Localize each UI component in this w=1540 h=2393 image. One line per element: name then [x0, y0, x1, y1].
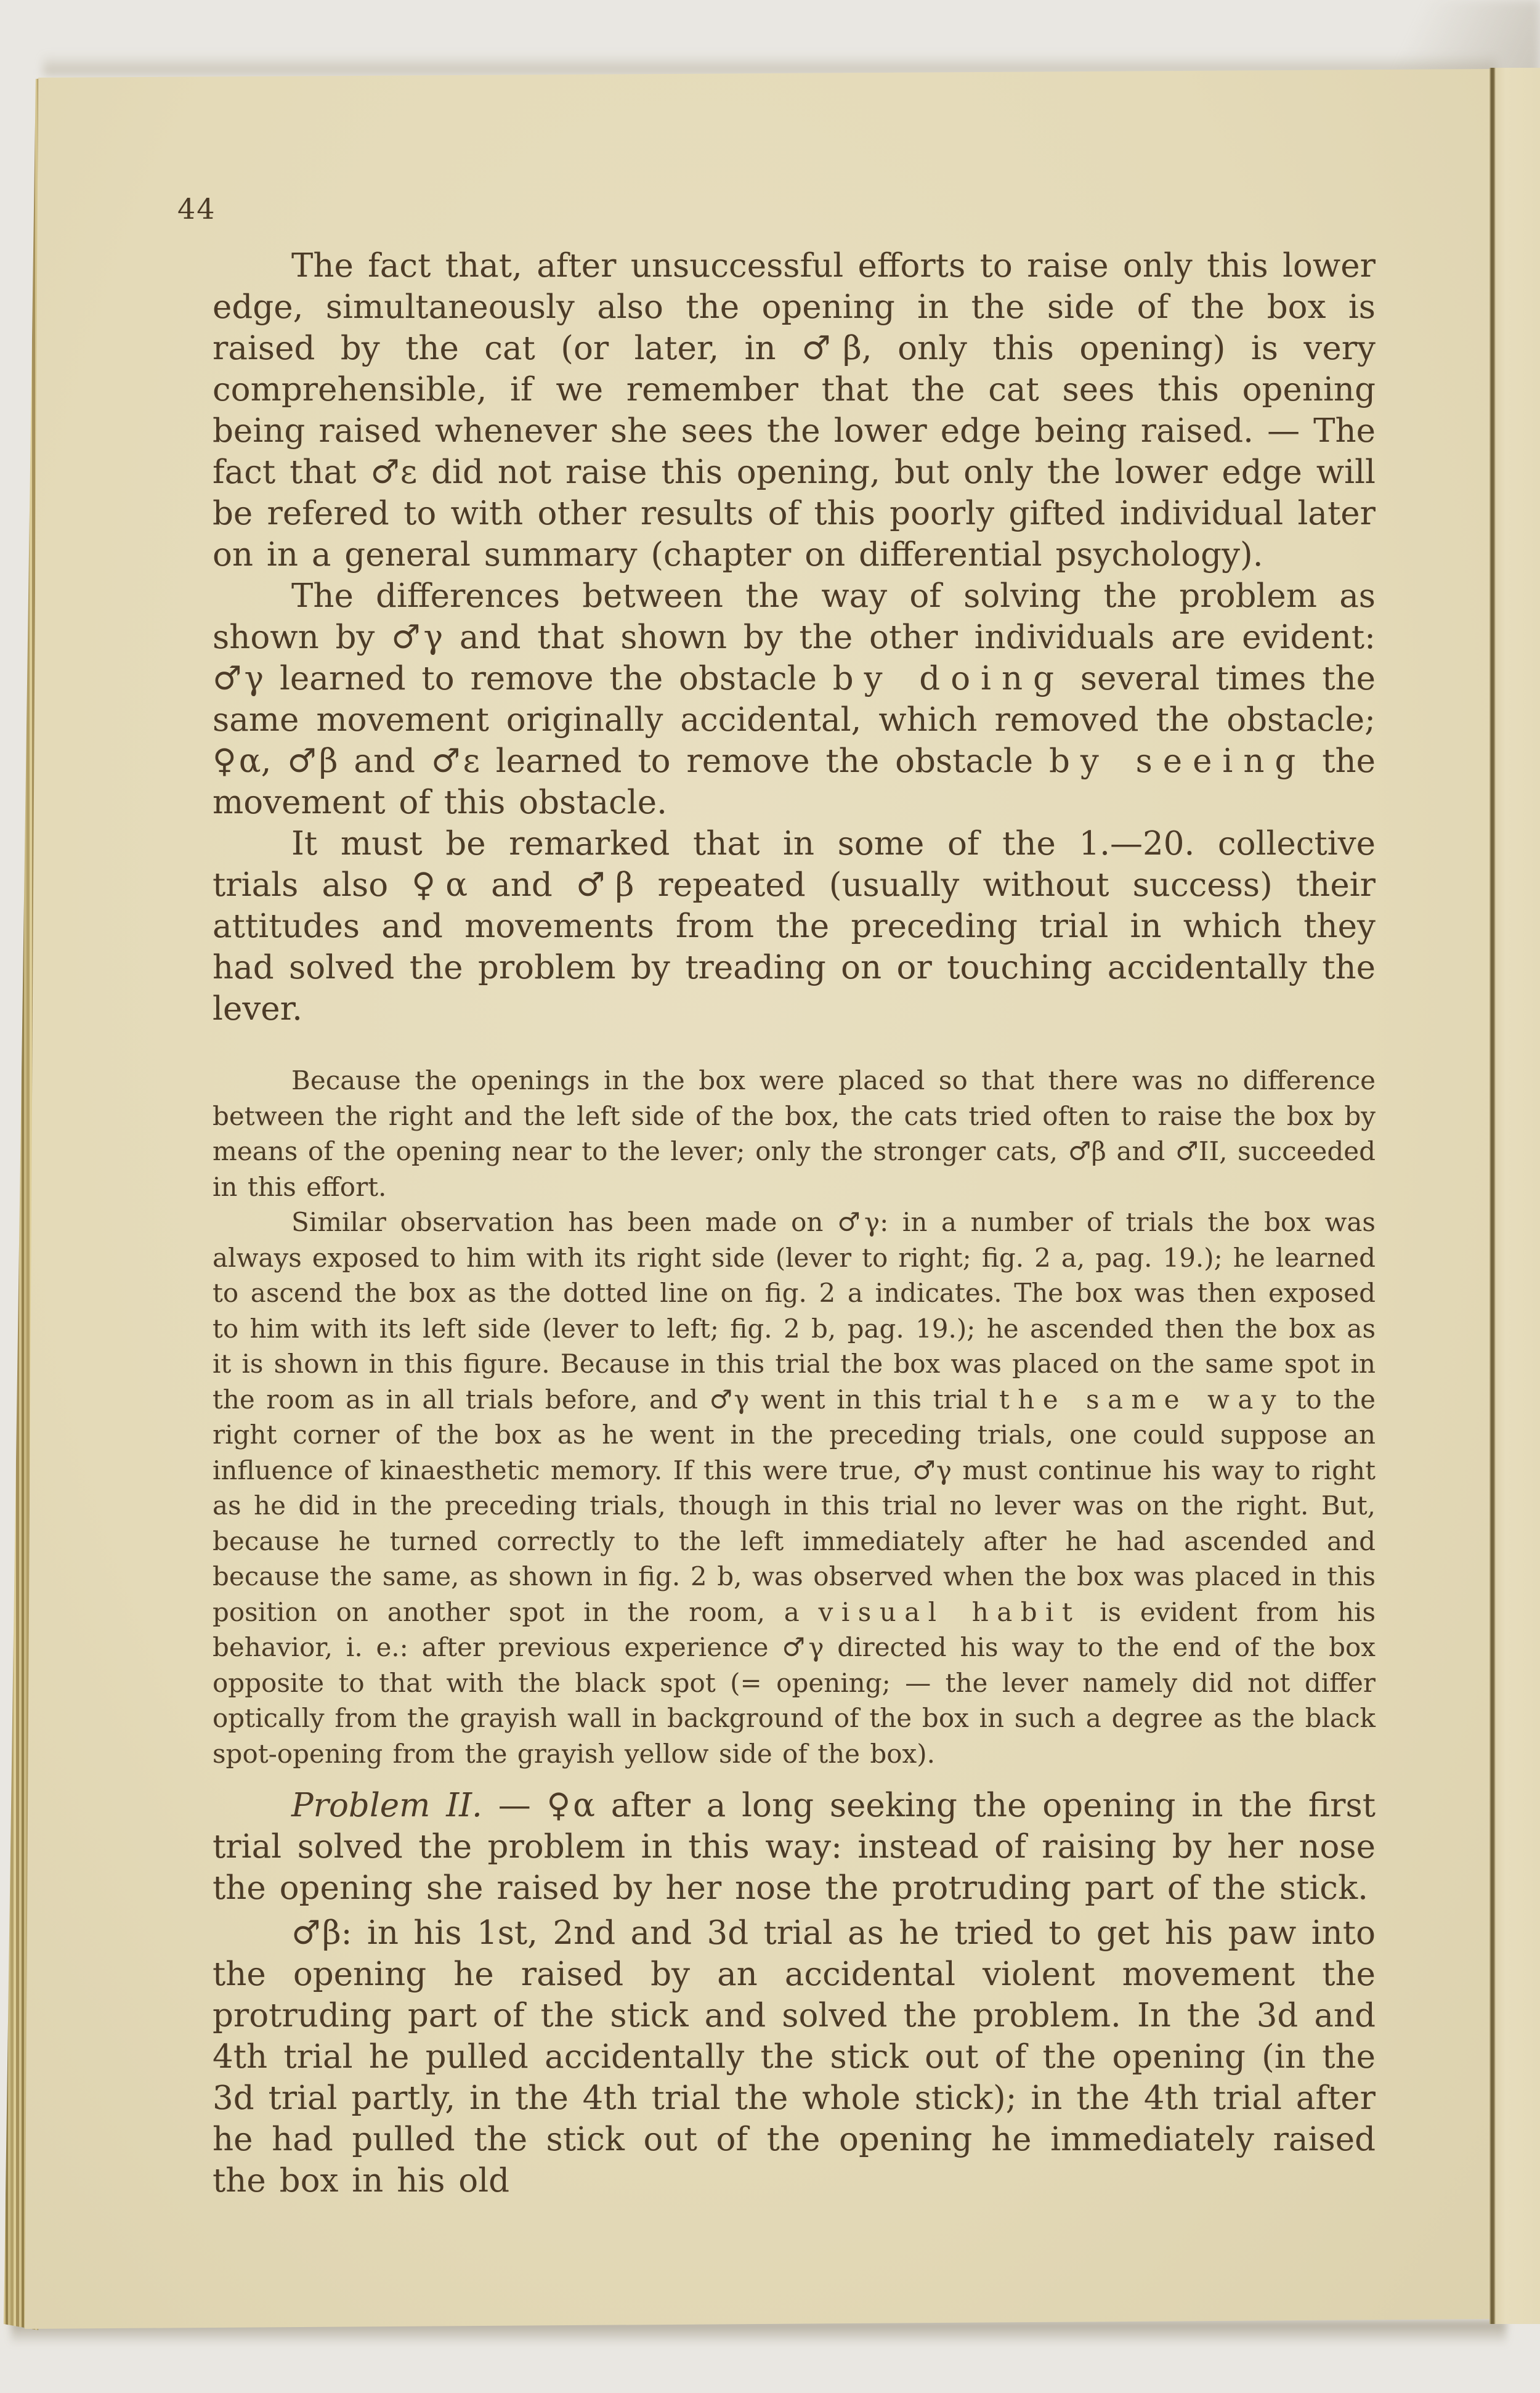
text-run: Problem II.: [291, 1787, 482, 1824]
text-run: The fact that, after unsuccessful effort…: [213, 247, 1376, 574]
text-run: by doing: [833, 660, 1064, 697]
page-text-block: The fact that, after unsuccessful effort…: [213, 245, 1376, 2201]
adjacent-page-edge: [1489, 68, 1540, 2324]
text-run: Because the openings in the box were pla…: [213, 1065, 1376, 1202]
book-photo: 44 The fact that, after unsuccessful eff…: [0, 0, 1540, 2393]
text-run: to the right corner of the box as he wen…: [213, 1384, 1376, 1627]
text-run: ♂β: in his 1st, 2nd and 3d trial as he t…: [213, 1914, 1376, 2200]
text-run: by seeing: [1049, 742, 1306, 780]
paragraph: The fact that, after unsuccessful effort…: [213, 245, 1376, 575]
paragraph: Because the openings in the box were pla…: [213, 1063, 1376, 1205]
page-number: 44: [177, 192, 216, 225]
paragraph: Problem II. — ♀α after a long seeking th…: [213, 1785, 1376, 1909]
paragraph: ♂β: in his 1st, 2nd and 3d trial as he t…: [213, 1912, 1376, 2201]
book-page: 44 The fact that, after unsuccessful eff…: [0, 0, 1540, 2393]
text-run: visual habit: [819, 1597, 1081, 1627]
paragraph: The differences between the way of solvi…: [213, 575, 1376, 823]
text-run: It must be remarked that in some of the …: [213, 825, 1376, 1028]
paragraph: It must be remarked that in some of the …: [213, 823, 1376, 1030]
paragraph: Similar observation has been made on ♂γ:…: [213, 1205, 1376, 1771]
text-run: Similar observation has been made on ♂γ:…: [213, 1207, 1376, 1415]
text-run: the same way: [999, 1384, 1284, 1415]
